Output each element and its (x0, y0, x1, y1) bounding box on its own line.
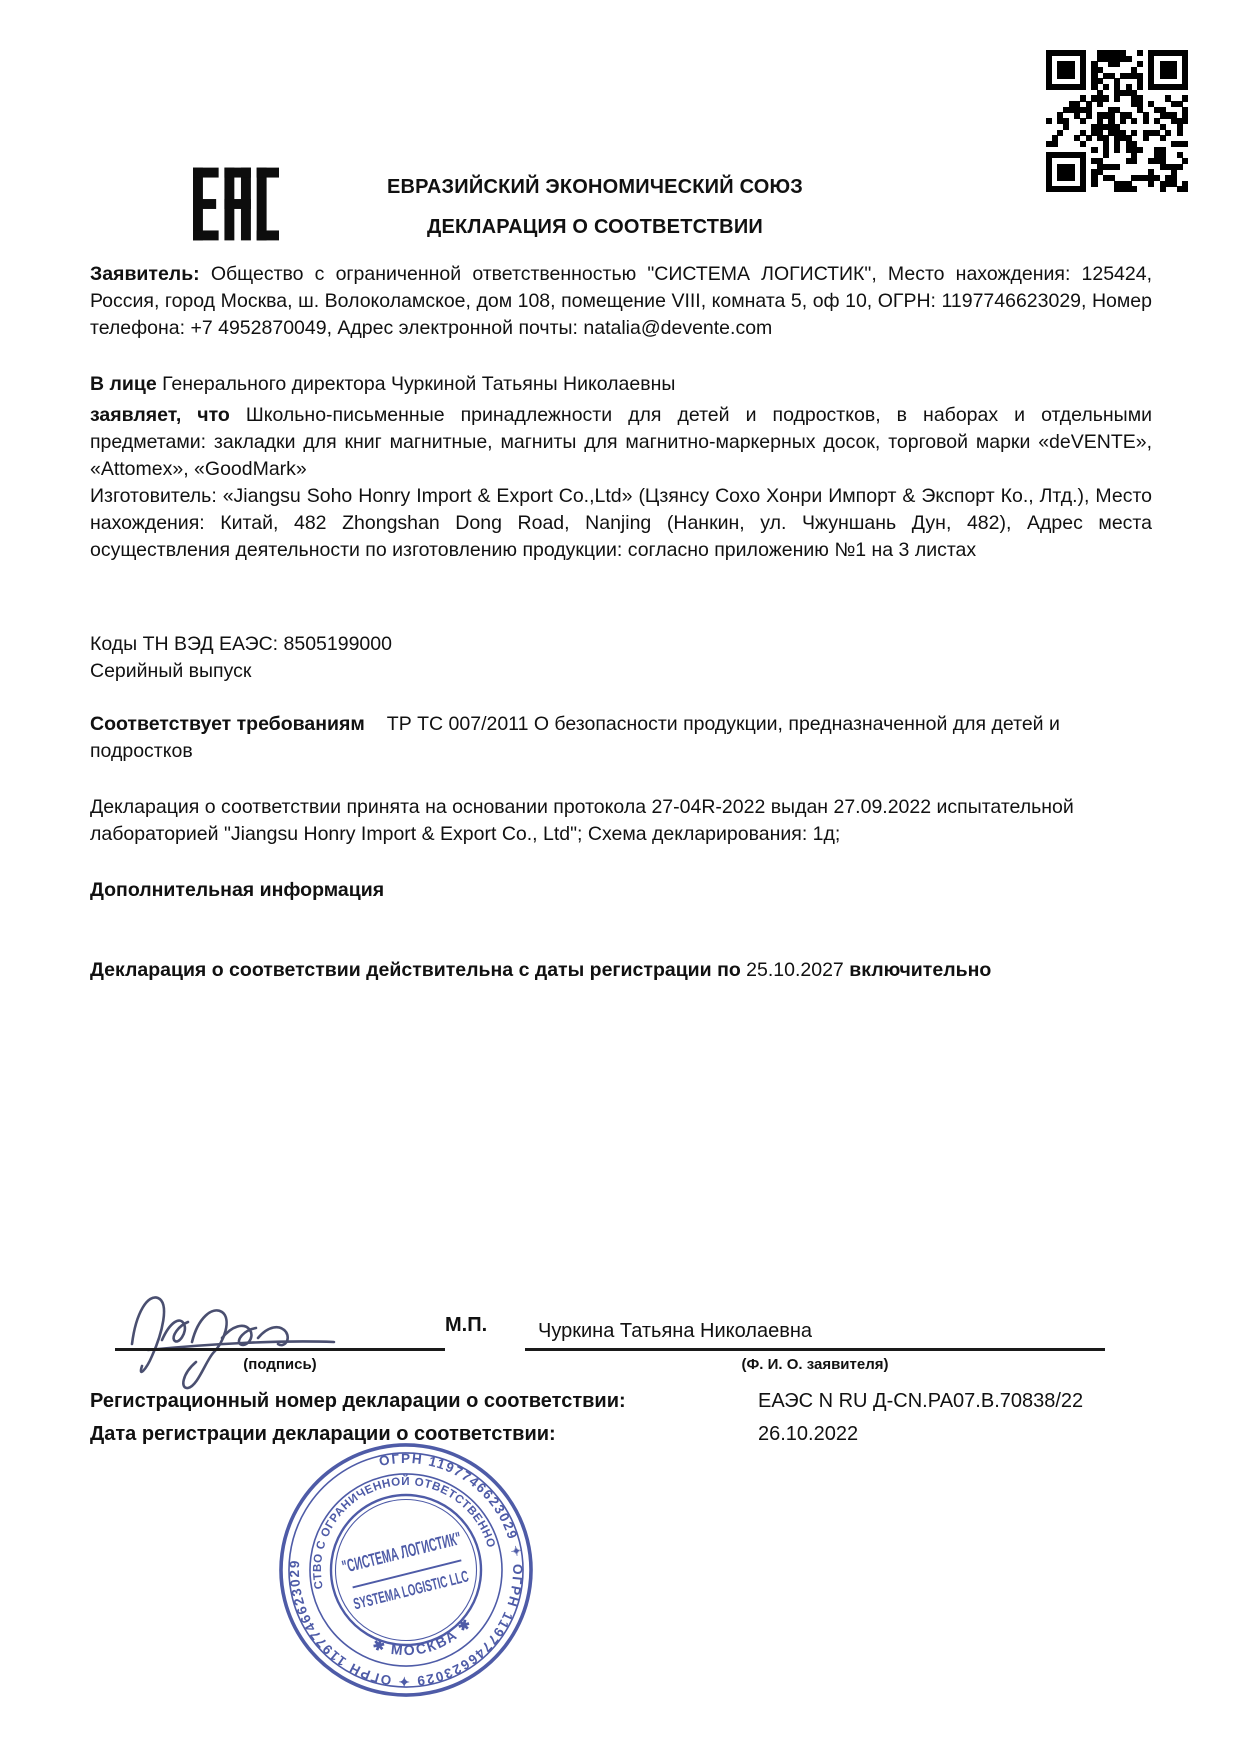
registration-number-label: Регистрационный номер декларации о соотв… (90, 1390, 626, 1413)
codes-block: Коды ТН ВЭД ЕАЭС: 8505199000 Серийный вы… (90, 631, 1152, 685)
serial-release: Серийный выпуск (90, 658, 1152, 685)
applicant-text: Общество с ограниченной ответственностью… (90, 263, 1152, 339)
basis-paragraph: Декларация о соответствии принята на осн… (90, 794, 1152, 848)
stamp-company-name-ru: "СИСТЕМА ЛОГИСТИК" (340, 1528, 463, 1577)
tnved-code: Коды ТН ВЭД ЕАЭС: 8505199000 (90, 631, 1152, 658)
stamp-place-label: М.П. (445, 1314, 487, 1337)
applicant-fio: Чуркина Татьяна Николаевна (538, 1320, 812, 1343)
company-stamp: ОГРН 1197746623029 ✦ ОГРН 1197746623029 … (266, 1430, 546, 1710)
fio-caption: (Ф. И. О. заявителя) (525, 1356, 1105, 1373)
manufacturer-text: Изготовитель: «Jiangsu Soho Honry Import… (90, 483, 1152, 564)
signature-caption: (подпись) (115, 1356, 445, 1373)
representative-label: В лице (90, 373, 157, 395)
applicant-paragraph: Заявитель: Общество с ограниченной ответ… (90, 261, 1152, 342)
compliance-paragraph: Соответствует требованиямТР ТС 007/2011 … (90, 711, 1152, 765)
document-title: ДЕКЛАРАЦИЯ О СООТВЕТСТВИИ (90, 216, 1100, 239)
compliance-label: Соответствует требованиям (90, 713, 387, 735)
fio-line (525, 1348, 1105, 1351)
validity-paragraph: Декларация о соответствии действительна … (90, 957, 1152, 984)
validity-label: Декларация о соответствии действительна … (90, 959, 741, 981)
declares-label: заявляет, что (90, 404, 230, 426)
qr-code (1046, 50, 1188, 192)
applicant-label: Заявитель: (90, 263, 200, 285)
stamp-ogrn-ring-text: ОГРН 1197746623029 ✦ ОГРН 1197746623029 … (266, 1430, 546, 1710)
product-paragraph: заявляет, что Школьно-письменные принадл… (90, 402, 1152, 564)
stamp-company-name-en: SYSTEMA LOGISTIC LLC (352, 1568, 471, 1613)
representative-text: Генерального директора Чуркиной Татьяны … (157, 373, 676, 395)
product-text: Школьно-письменные принадлежности для де… (90, 404, 1152, 480)
svg-text:ОГРН 1197746623029 ✦ ОГРН 1197: ОГРН 1197746623029 ✦ ОГРН 1197746623029 … (266, 1430, 546, 1710)
representative-paragraph: В лице Генерального директора Чуркиной Т… (90, 371, 1152, 398)
registration-number-value: ЕАЭС N RU Д-CN.РА07.В.70838/22 (758, 1390, 1083, 1413)
signature-line (115, 1348, 445, 1351)
validity-date: 25.10.2027 (741, 959, 849, 981)
handwritten-signature (118, 1282, 368, 1392)
declaration-document: ЕВРАЗИЙСКИЙ ЭКОНОМИЧЕСКИЙ СОЮЗ ДЕКЛАРАЦИ… (0, 0, 1241, 1755)
registration-date-value: 26.10.2022 (758, 1423, 858, 1446)
additional-info-label: Дополнительная информация (90, 877, 1152, 904)
validity-suffix: включительно (849, 959, 991, 981)
union-title: ЕВРАЗИЙСКИЙ ЭКОНОМИЧЕСКИЙ СОЮЗ (90, 176, 1100, 199)
